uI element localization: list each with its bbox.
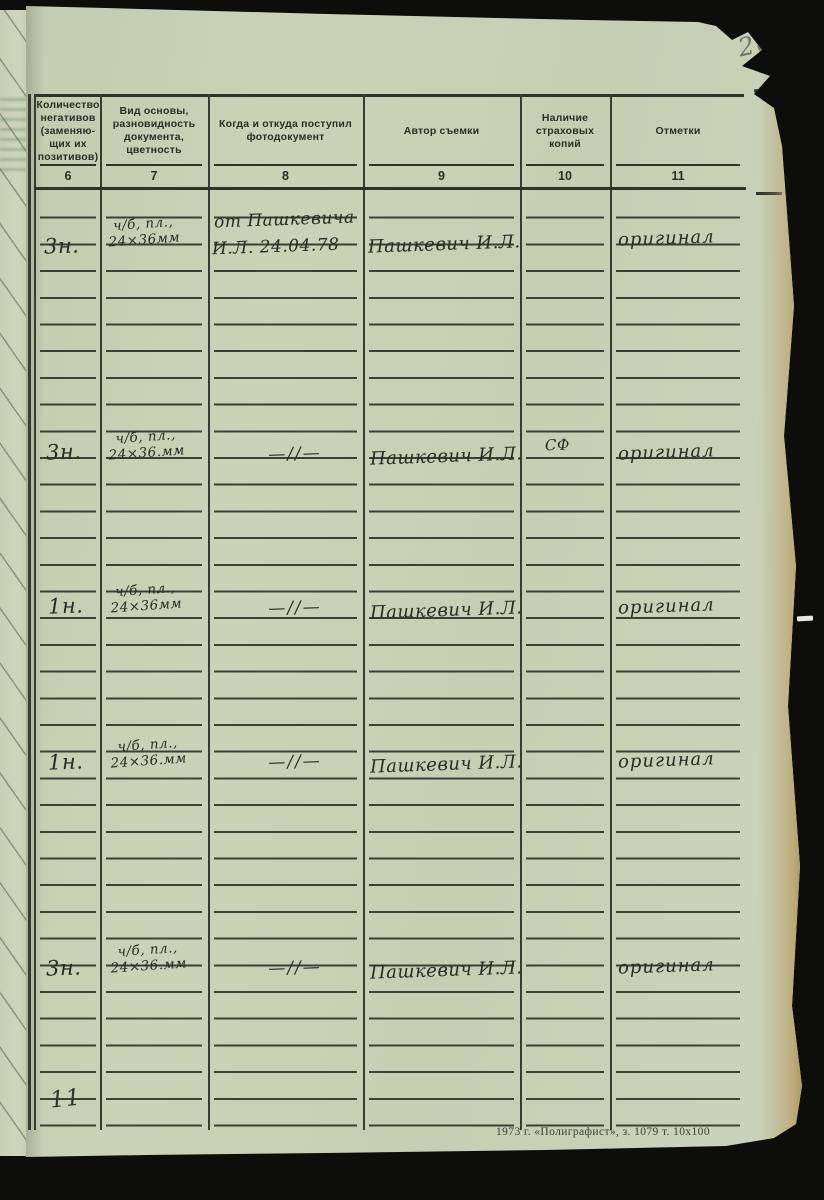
entry-notes: оригинал: [618, 226, 715, 250]
scanned-register-photo: 20 Количество негативов (заменяю- щих их…: [0, 0, 824, 1200]
table-left-border-outer: [28, 94, 31, 1130]
ruled-lines-col10: [526, 192, 604, 1128]
column-number: 10: [522, 168, 608, 184]
number-row-rule: [616, 164, 740, 166]
number-row-rule: [40, 164, 96, 166]
column-separator: [208, 94, 210, 1130]
column-header-copies: Наличие страховых копий: [522, 100, 608, 162]
entry-notes: оригинал: [618, 748, 715, 772]
entry-notes: оригинал: [618, 594, 715, 618]
number-row-rule: [106, 164, 202, 166]
table-top-border: [34, 94, 744, 97]
ruled-lines-col9: [369, 192, 514, 1128]
entry-quantity: 1н.: [48, 593, 84, 618]
entry-notes: оригинал: [618, 440, 715, 464]
page-number-pencil: 20: [735, 27, 776, 63]
prev-page-edge: [0, 10, 30, 1156]
column-header-author: Автор съемки: [365, 100, 518, 162]
sheet-number: 11: [49, 1084, 83, 1113]
entry-copies: СФ: [545, 436, 571, 455]
column-separator: [363, 94, 365, 1130]
ruled-lines-col6: [40, 192, 96, 1128]
column-header-base: Вид основы, разновидность документа, цве…: [102, 100, 206, 162]
entry-quantity: 3н.: [46, 439, 82, 464]
column-number: 7: [102, 168, 206, 184]
entry-base: ч/б, пл., 24×36.мм: [109, 939, 187, 976]
register-page: 20 Количество негативов (заменяю- щих их…: [26, 6, 806, 1158]
column-number: 8: [210, 168, 361, 184]
ruled-lines-col7: [106, 192, 202, 1128]
ruled-lines-col11: [616, 192, 740, 1128]
ink-bleed-smudge: [0, 98, 26, 178]
ruled-lines-col8: [214, 192, 357, 1128]
page-edge-stack: [758, 76, 806, 1146]
entry-quantity: 3н.: [44, 233, 80, 258]
entry-quantity: 3н.: [46, 955, 82, 980]
entry-base: ч/б, пл., 24×36.мм: [107, 426, 185, 463]
entry-quantity: 1н.: [48, 749, 84, 774]
bookmark-mark: [797, 616, 813, 622]
header-bottom-border: [34, 187, 746, 190]
number-row-rule: [214, 164, 357, 166]
column-header-received: Когда и откуда поступил фотодокумент: [210, 100, 361, 162]
print-imprint: 1973 г. «Полиграфист», з. 1079 т. 10х100: [496, 1126, 756, 1138]
column-number: 9: [365, 168, 518, 184]
number-row-rule: [369, 164, 514, 166]
entry-base: ч/б, пл., 24×36мм: [109, 580, 183, 617]
column-separator: [610, 94, 612, 1130]
entry-notes: оригинал: [618, 954, 715, 978]
column-number: 6: [36, 168, 100, 184]
number-row-rule: [526, 164, 604, 166]
column-header-notes: Отметки: [612, 100, 744, 162]
entry-base: ч/б, пл., 24×36мм: [107, 214, 181, 251]
column-separator: [100, 94, 102, 1130]
entry-base: ч/б, пл., 24×36.мм: [109, 734, 187, 771]
column-number: 11: [612, 168, 744, 184]
table-left-border-inner: [34, 94, 36, 1130]
column-header-quantity: Количество негативов (заменяю- щих их по…: [36, 100, 100, 162]
